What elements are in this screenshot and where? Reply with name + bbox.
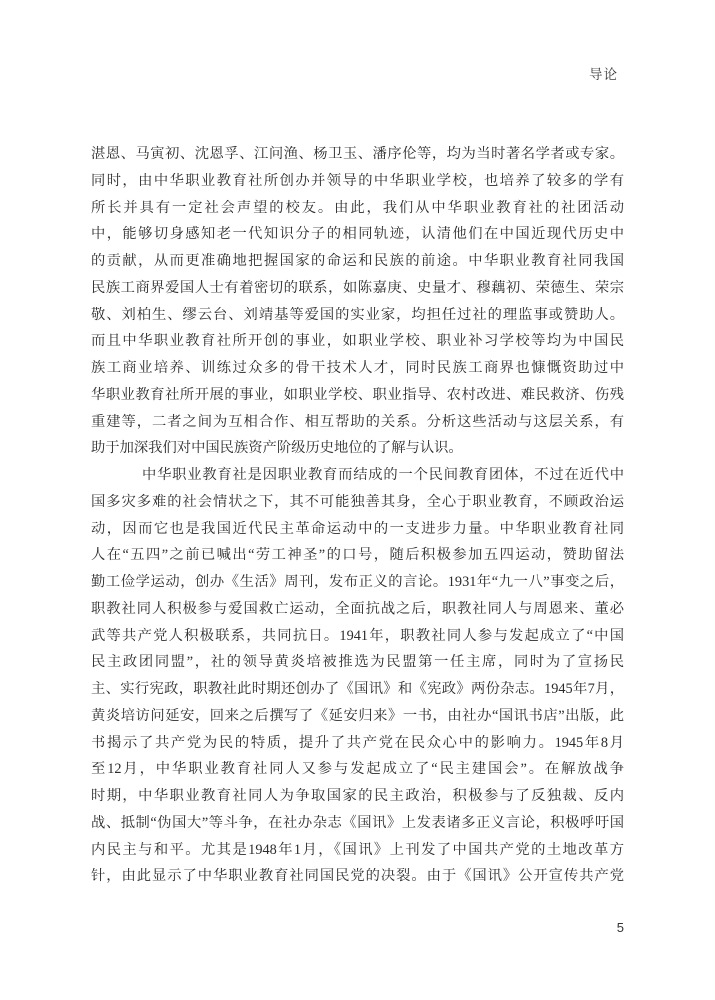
text-line: 所长并具有一定社会声望的校友。由此，我们从中华职业教育社的社团活动 xyxy=(91,195,624,222)
text-line: 重建等，二者之间为互相合作、相互帮助的关系。分析这些活动与这层关系，有 xyxy=(91,409,624,436)
text-line: 湛恩、马寅初、沈恩孚、江问渔、杨卫玉、潘序伦等，均为当时著名学者或专家。 xyxy=(91,141,624,168)
text-line: 职教社同人积极参与爱国救亡运动，全面抗战之后，职教社同人与周恩来、董必 xyxy=(91,596,624,623)
text-line: 敬、刘柏生、缪云台、刘靖基等爱国的实业家，均担任过社的理监事或赞助人。 xyxy=(91,302,624,329)
body-text: 湛恩、马寅初、沈恩孚、江问渔、杨卫玉、潘序伦等，均为当时著名学者或专家。 同时，… xyxy=(91,141,624,890)
text-line: 时期，中华职业教育社同人为争取国家的民主政治，积极参与了反独裁、反内 xyxy=(91,783,624,810)
text-line: 针，由此显示了中华职业教育社同国民党的决裂。由于《国讯》公开宣传共产党 xyxy=(91,863,624,890)
text-line: 武等共产党人积极联系，共同抗日。1941年，职教社同人参与发起成立了“中国 xyxy=(91,623,624,650)
text-line: 华职业教育社所开展的事业，如职业学校、职业指导、农村改进、难民救济、伤残 xyxy=(91,382,624,409)
text-line: 至12月，中华职业教育社同人又参与发起成立了“民主建国会”。在解放战争 xyxy=(91,756,624,783)
text-line: 内民主与和平。尤其是1948年1月，《国讯》上刊发了中国共产党的土地改革方 xyxy=(91,837,624,864)
text-line: 中华职业教育社是因职业教育而结成的一个民间教育团体，不过在近代中 xyxy=(91,462,624,489)
text-line: 民族工商界爱国人士有着密切的联系，如陈嘉庚、史量才、穆藕初、荣德生、荣宗 xyxy=(91,275,624,302)
book-page: 导论 湛恩、马寅初、沈恩孚、江问渔、杨卫玉、潘序伦等，均为当时著名学者或专家。 … xyxy=(0,0,715,1000)
text-line: 中，能够切身感知老一代知识分子的相同轨迹，认清他们在中国近现代历史中 xyxy=(91,221,624,248)
paragraph-1: 湛恩、马寅初、沈恩孚、江问渔、杨卫玉、潘序伦等，均为当时著名学者或专家。 同时，… xyxy=(91,141,624,462)
text-line: 而且中华职业教育社所开创的事业，如职业学校、职业补习学校等均为中国民 xyxy=(91,328,624,355)
text-line: 助于加深我们对中国民族资产阶级历史地位的了解与认识。 xyxy=(91,435,624,462)
text-line: 同时，由中华职业教育社所创办并领导的中华职业学校，也培养了较多的学有 xyxy=(91,168,624,195)
text-line: 勤工俭学运动，创办《生活》周刊，发布正义的言论。1931年“九一八”事变之后， xyxy=(91,569,624,596)
text-line: 人在“五四”之前已喊出“劳工神圣”的口号，随后积极参加五四运动，赞助留法 xyxy=(91,542,624,569)
text-line: 动，因而它也是我国近代民主革命运动中的一支进步力量。中华职业教育社同 xyxy=(91,516,624,543)
text-line: 书揭示了共产党为民的特质，提升了共产党在民众心中的影响力。1945年8月 xyxy=(91,730,624,757)
page-number: 5 xyxy=(91,920,624,935)
text-line: 民主政团同盟”，社的领导黄炎培被推选为民盟第一任主席，同时为了宣扬民 xyxy=(91,649,624,676)
text-line: 黄炎培访问延安，回来之后撰写了《延安归来》一书，由社办“国讯书店”出版，此 xyxy=(91,703,624,730)
paragraph-2: 中华职业教育社是因职业教育而结成的一个民间教育团体，不过在近代中 国多灾多难的社… xyxy=(91,462,624,890)
text-line: 国多灾多难的社会情状之下，其不可能独善其身，全心于职业教育，不顾政治运 xyxy=(91,489,624,516)
running-head-title: 导论 xyxy=(91,66,618,84)
text-line: 的贡献，从而更准确地把握国家的命运和民族的前途。中华职业教育社同我国 xyxy=(91,248,624,275)
text-line: 主、实行宪政，职教社此时期还创办了《国讯》和《宪政》两份杂志。1945年7月， xyxy=(91,676,624,703)
text-line: 战、抵制“伪国大”等斗争，在社办杂志《国讯》上发表诸多正义言论，积极呼吁国 xyxy=(91,810,624,837)
text-line: 族工商业培养、训练过众多的骨干技术人才，同时民族工商界也慷慨资助过中 xyxy=(91,355,624,382)
